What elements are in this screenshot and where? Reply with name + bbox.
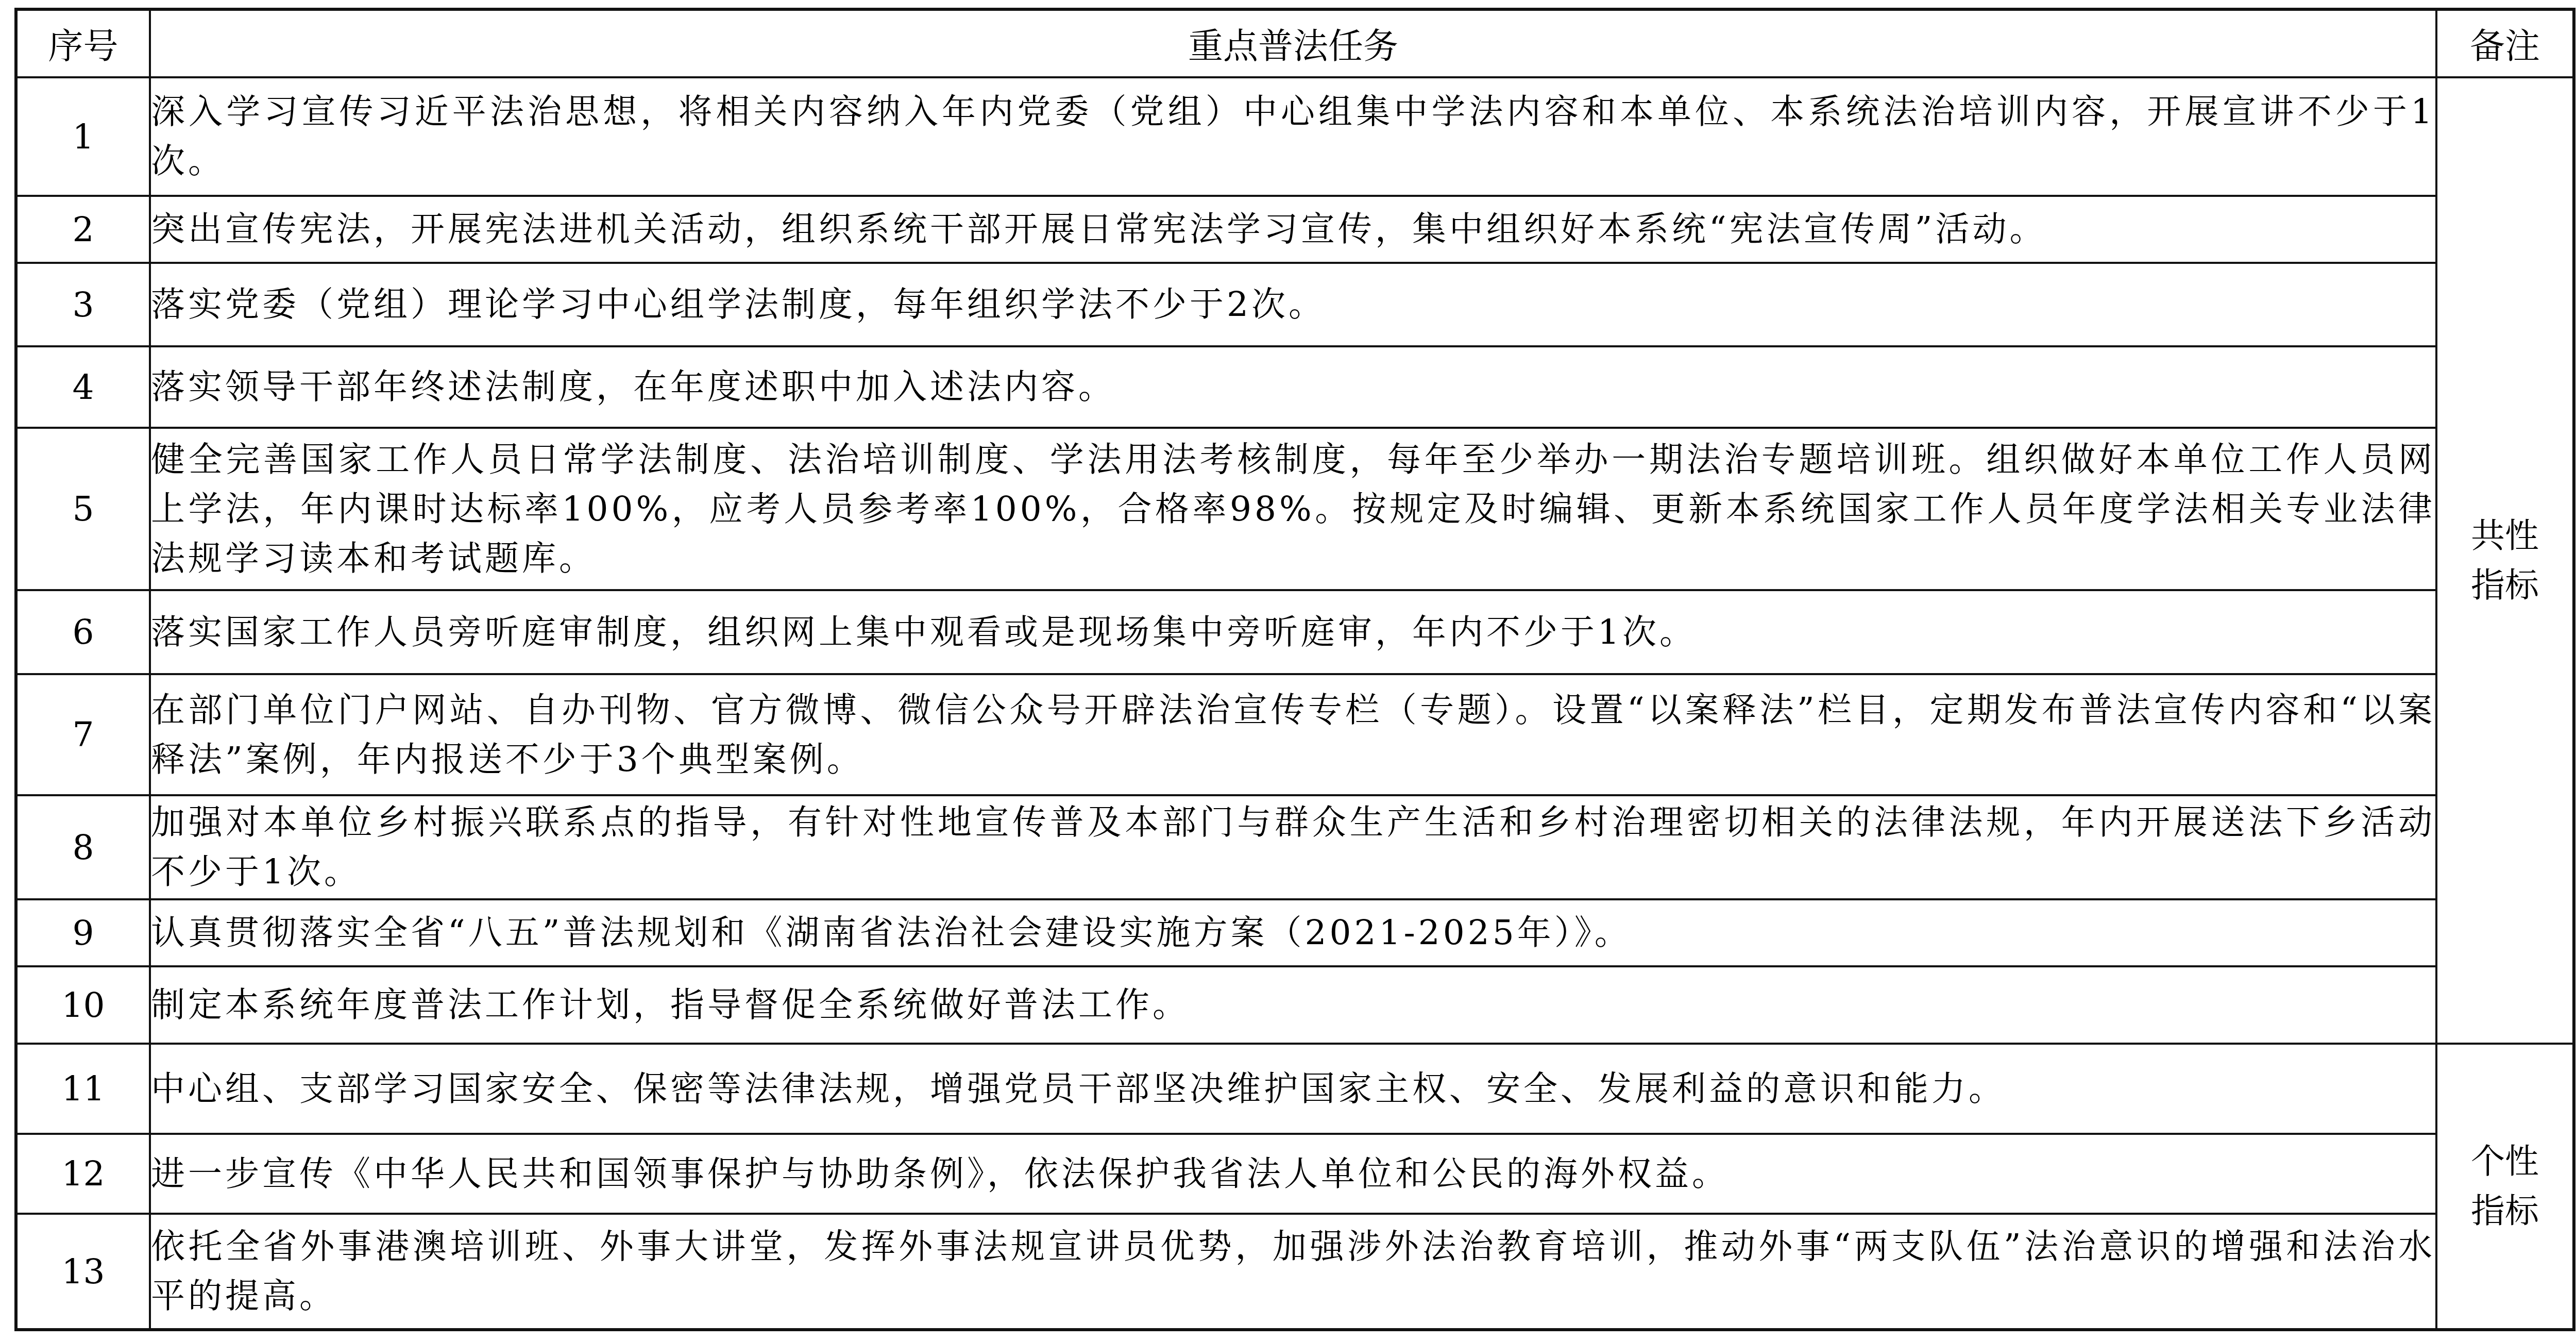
row-number: 7: [16, 674, 150, 795]
note-common-indicator: 共性指标: [2436, 77, 2574, 1044]
table-row: 13依托全省外事港澳培训班、外事大讲堂，发挥外事法规宣讲员优势，加强涉外法治教育…: [16, 1214, 2574, 1330]
row-number: 6: [16, 590, 150, 674]
row-number: 10: [16, 966, 150, 1044]
note-line: 指标: [2437, 561, 2572, 610]
task-text: 制定本系统年度普法工作计划，指导督促全系统做好普法工作。: [150, 966, 2436, 1044]
table-row: 7在部门单位门户网站、自办刊物、官方微博、微信公众号开辟法治宣传专栏（专题）。设…: [16, 674, 2574, 795]
task-text: 落实领导干部年终述法制度，在年度述职中加入述法内容。: [150, 346, 2436, 428]
table-row: 5健全完善国家工作人员日常学法制度、法治培训制度、学法用法考核制度，每年至少举办…: [16, 428, 2574, 590]
header-note: 备注: [2436, 9, 2574, 77]
row-number: 8: [16, 795, 150, 899]
row-number: 3: [16, 263, 150, 346]
row-number: 5: [16, 428, 150, 590]
task-text: 深入学习宣传习近平法治思想，将相关内容纳入年内党委（党组）中心组集中学法内容和本…: [150, 77, 2436, 196]
row-number: 13: [16, 1214, 150, 1330]
law-tasks-table: 序号 重点普法任务 备注 1深入学习宣传习近平法治思想，将相关内容纳入年内党委（…: [14, 8, 2575, 1331]
table-row: 12进一步宣传《中华人民共和国领事保护与协助条例》，依法保护我省法人单位和公民的…: [16, 1134, 2574, 1214]
table-row: 10制定本系统年度普法工作计划，指导督促全系统做好普法工作。: [16, 966, 2574, 1044]
table-row: 9认真贯彻落实全省“八五”普法规划和《湖南省法治社会建设实施方案（2021-20…: [16, 899, 2574, 966]
task-text: 落实国家工作人员旁听庭审制度，组织网上集中观看或是现场集中旁听庭审，年内不少于1…: [150, 590, 2436, 674]
row-number: 1: [16, 77, 150, 196]
task-text: 加强对本单位乡村振兴联系点的指导，有针对性地宣传普及本部门与群众生产生活和乡村治…: [150, 795, 2436, 899]
header-row: 序号 重点普法任务 备注: [16, 9, 2574, 77]
note-line: 共性: [2437, 511, 2572, 561]
task-text: 在部门单位门户网站、自办刊物、官方微博、微信公众号开辟法治宣传专栏（专题）。设置…: [150, 674, 2436, 795]
note-specific-indicator: 个性指标: [2436, 1044, 2574, 1330]
table-row: 3落实党委（党组）理论学习中心组学法制度，每年组织学法不少于2次。: [16, 263, 2574, 346]
row-number: 12: [16, 1134, 150, 1214]
table-row: 4落实领导干部年终述法制度，在年度述职中加入述法内容。: [16, 346, 2574, 428]
task-text: 认真贯彻落实全省“八五”普法规划和《湖南省法治社会建设实施方案（2021-202…: [150, 899, 2436, 966]
task-text: 落实党委（党组）理论学习中心组学法制度，每年组织学法不少于2次。: [150, 263, 2436, 346]
table-row: 1深入学习宣传习近平法治思想，将相关内容纳入年内党委（党组）中心组集中学法内容和…: [16, 77, 2574, 196]
task-text: 突出宣传宪法，开展宪法进机关活动，组织系统干部开展日常宪法学习宣传，集中组织好本…: [150, 196, 2436, 263]
task-text: 进一步宣传《中华人民共和国领事保护与协助条例》，依法保护我省法人单位和公民的海外…: [150, 1134, 2436, 1214]
note-line: 个性: [2437, 1137, 2572, 1186]
header-no: 序号: [16, 9, 150, 77]
task-text: 健全完善国家工作人员日常学法制度、法治培训制度、学法用法考核制度，每年至少举办一…: [150, 428, 2436, 590]
table-row: 6落实国家工作人员旁听庭审制度，组织网上集中观看或是现场集中旁听庭审，年内不少于…: [16, 590, 2574, 674]
task-text: 中心组、支部学习国家安全、保密等法律法规，增强党员干部坚决维护国家主权、安全、发…: [150, 1044, 2436, 1134]
row-number: 9: [16, 899, 150, 966]
table-body: 1深入学习宣传习近平法治思想，将相关内容纳入年内党委（党组）中心组集中学法内容和…: [16, 77, 2574, 1330]
table-row: 11中心组、支部学习国家安全、保密等法律法规，增强党员干部坚决维护国家主权、安全…: [16, 1044, 2574, 1134]
row-number: 11: [16, 1044, 150, 1134]
header-task: 重点普法任务: [150, 9, 2436, 77]
table-row: 8加强对本单位乡村振兴联系点的指导，有针对性地宣传普及本部门与群众生产生活和乡村…: [16, 795, 2574, 899]
task-text: 依托全省外事港澳培训班、外事大讲堂，发挥外事法规宣讲员优势，加强涉外法治教育培训…: [150, 1214, 2436, 1330]
note-line: 指标: [2437, 1186, 2572, 1236]
table-row: 2突出宣传宪法，开展宪法进机关活动，组织系统干部开展日常宪法学习宣传，集中组织好…: [16, 196, 2574, 263]
row-number: 2: [16, 196, 150, 263]
row-number: 4: [16, 346, 150, 428]
